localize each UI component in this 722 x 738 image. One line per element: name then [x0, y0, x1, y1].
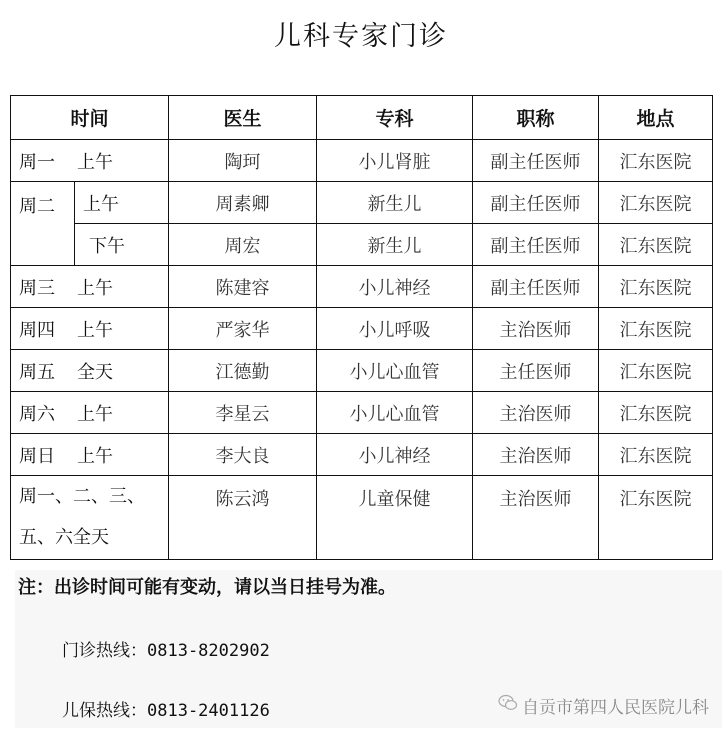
table-row: 周六上午 李星云 小儿心血管 主治医师 汇东医院: [11, 392, 713, 434]
title-cell: 副主任医师: [473, 182, 599, 224]
hotline-label: 门诊热线：: [62, 641, 147, 661]
title-cell: 副主任医师: [473, 266, 599, 308]
hotline-label: 儿保热线：: [62, 701, 147, 721]
doctor-cell: 李星云: [169, 392, 317, 434]
wechat-watermark: 自贡市第四人民医院儿科: [498, 693, 709, 718]
title-cell: 主治医师: [473, 308, 599, 350]
specialty-cell: 小儿肾脏: [317, 140, 473, 182]
title-cell: 副主任医师: [473, 224, 599, 266]
wechat-icon: [498, 694, 518, 717]
table-row: 周一上午 陶珂 小儿肾脏 副主任医师 汇东医院: [11, 140, 713, 182]
location-cell: 汇东医院: [599, 140, 713, 182]
doctor-cell: 陶珂: [169, 140, 317, 182]
doctor-cell: 周宏: [169, 224, 317, 266]
location-cell: 汇东医院: [599, 350, 713, 392]
table-row: 周一、二、三、五、六全天 陈云鸿 儿童保健 主治医师 汇东医院: [11, 476, 713, 560]
header-doctor: 医生: [169, 96, 317, 140]
location-cell: 汇东医院: [599, 266, 713, 308]
title-cell: 主治医师: [473, 392, 599, 434]
period-cell: 下午: [75, 224, 169, 266]
doctor-cell: 周素卿: [169, 182, 317, 224]
doctor-cell: 李大良: [169, 434, 317, 476]
hotline-number: 0813-8202902: [147, 641, 270, 661]
time-cell: 周一上午: [11, 140, 169, 182]
specialty-cell: 小儿心血管: [317, 392, 473, 434]
title-cell: 主任医师: [473, 350, 599, 392]
account-name: 自贡市第四人民医院儿科: [522, 693, 709, 718]
location-cell: 汇东医院: [599, 308, 713, 350]
table-row: 周三上午 陈建容 小儿神经 副主任医师 汇东医院: [11, 266, 713, 308]
header-specialty: 专科: [317, 96, 473, 140]
doctor-cell: 陈云鸿: [169, 476, 317, 560]
location-cell: 汇东医院: [599, 182, 713, 224]
time-cell: 周三上午: [11, 266, 169, 308]
time-cell: 周一、二、三、五、六全天: [11, 476, 169, 560]
header-title: 职称: [473, 96, 599, 140]
time-cell: 周四上午: [11, 308, 169, 350]
title-cell: 主治医师: [473, 476, 599, 560]
doctor-cell: 严家华: [169, 308, 317, 350]
header-location: 地点: [599, 96, 713, 140]
time-cell: 周五全天: [11, 350, 169, 392]
day-cell: 周二: [11, 182, 75, 266]
hotline-number: 0813-2401126: [147, 701, 270, 721]
specialty-cell: 小儿神经: [317, 434, 473, 476]
table-row: 周二 上午 周素卿 新生儿 副主任医师 汇东医院: [11, 182, 713, 224]
title-cell: 主治医师: [473, 434, 599, 476]
location-cell: 汇东医院: [599, 476, 713, 560]
specialty-cell: 小儿呼吸: [317, 308, 473, 350]
table-row: 周四上午 严家华 小儿呼吸 主治医师 汇东医院: [11, 308, 713, 350]
title-cell: 副主任医师: [473, 140, 599, 182]
specialty-cell: 小儿神经: [317, 266, 473, 308]
table-row: 周日上午 李大良 小儿神经 主治医师 汇东医院: [11, 434, 713, 476]
page-title: 儿科专家门诊: [0, 14, 722, 53]
schedule-table: 时间 医生 专科 职称 地点 周一上午 陶珂 小儿肾脏 副主任医师 汇东医院 周…: [10, 95, 713, 560]
location-cell: 汇东医院: [599, 392, 713, 434]
location-cell: 汇东医院: [599, 224, 713, 266]
time-cell: 周六上午: [11, 392, 169, 434]
table-row: 下午 周宏 新生儿 副主任医师 汇东医院: [11, 224, 713, 266]
clinic-hotline: 门诊热线：0813-8202902: [62, 636, 270, 661]
specialty-cell: 新生儿: [317, 182, 473, 224]
table-row: 周五全天 江德勤 小儿心血管 主任医师 汇东医院: [11, 350, 713, 392]
schedule-note: 注：出诊时间可能有变动，请以当日挂号为准。: [18, 573, 396, 599]
time-cell: 周日上午: [11, 434, 169, 476]
doctor-cell: 陈建容: [169, 266, 317, 308]
location-cell: 汇东医院: [599, 434, 713, 476]
period-cell: 上午: [75, 182, 169, 224]
table-header-row: 时间 医生 专科 职称 地点: [11, 96, 713, 140]
header-time: 时间: [11, 96, 169, 140]
specialty-cell: 儿童保健: [317, 476, 473, 560]
child-care-hotline: 儿保热线：0813-2401126: [62, 696, 270, 721]
doctor-cell: 江德勤: [169, 350, 317, 392]
specialty-cell: 小儿心血管: [317, 350, 473, 392]
specialty-cell: 新生儿: [317, 224, 473, 266]
